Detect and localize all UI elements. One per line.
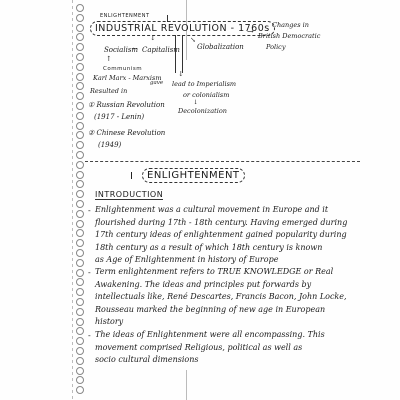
enlightenment-small-label: ENLIGHTENMENT [100, 13, 150, 19]
spiral-hole [76, 33, 84, 41]
spiral-hole [76, 112, 84, 120]
spiral-hole [76, 376, 84, 384]
spiral-hole [76, 200, 84, 208]
marx-gave: gave [150, 80, 163, 86]
spiral-hole [76, 239, 84, 247]
spiral-hole [76, 161, 84, 169]
paragraph-2: Term enlightenment refers to TRUE KNOWLE… [95, 266, 395, 329]
section-numeral: I [130, 171, 133, 182]
paragraph-3: The ideas of Enlightenment were all enco… [95, 329, 395, 367]
perforated-margin [72, 0, 73, 400]
section-title: ENLIGHTENMENT [142, 168, 245, 183]
spiral-hole [76, 327, 84, 335]
paragraph-1: Enlightenment was a cultural movement in… [95, 204, 395, 267]
spiral-hole [76, 337, 84, 345]
spiral-holes [76, 2, 84, 398]
lead-to-label: lead to Imperialism [172, 80, 236, 88]
spiral-hole [76, 288, 84, 296]
decolonization-label: Decolonization [178, 107, 227, 115]
capitalism-label: Capitalism [142, 46, 180, 54]
section-divider [85, 157, 360, 162]
spiral-hole [76, 63, 84, 71]
spiral-hole [76, 318, 84, 326]
spiral-hole [76, 220, 84, 228]
spiral-hole [76, 308, 84, 316]
spiral-hole [76, 171, 84, 179]
spiral-hole [76, 122, 84, 130]
spiral-hole [76, 386, 84, 394]
arrow-right-icon: → [247, 27, 254, 36]
arrow-icon: ↘ [190, 36, 196, 44]
spiral-hole [76, 92, 84, 100]
spiral-hole [76, 24, 84, 32]
spiral-hole [76, 102, 84, 110]
spiral-hole [76, 347, 84, 355]
spiral-hole [76, 190, 84, 198]
spiral-hole [76, 14, 84, 22]
communism-label: Communism [103, 66, 142, 72]
russian-revolution: ① Russian Revolution (1917 - Lenin) [88, 99, 165, 123]
colonialism-label: or colonialism [183, 91, 229, 99]
fold-line-bottom [186, 370, 187, 400]
branch-line [182, 35, 183, 73]
arrow-up-icon: ↑ [106, 55, 112, 63]
spiral-hole [76, 82, 84, 90]
spiral-hole [76, 53, 84, 61]
arrow-down-icon: ↓ [178, 70, 184, 78]
chinese-revolution: ② Chinese Revolution (1949) [88, 127, 165, 151]
spiral-hole [76, 131, 84, 139]
spiral-hole [76, 180, 84, 188]
spiral-hole [76, 249, 84, 257]
spiral-hole [76, 278, 84, 286]
notebook-page: ENLIGHTENMENT INDUSTRIAL REVOLUTION - 17… [0, 0, 400, 400]
bullet: - [88, 268, 91, 277]
spiral-hole [76, 4, 84, 12]
subheading-introduction: INTRODUCTION [95, 190, 163, 200]
resulted-in-label: Resulted in [90, 87, 127, 95]
spiral-hole [76, 367, 84, 375]
bullet: - [88, 206, 91, 215]
branch-line [175, 35, 176, 73]
spiral-hole [76, 259, 84, 267]
spiral-hole [76, 151, 84, 159]
globalization-label: Globalization [197, 43, 244, 51]
bullet: - [88, 331, 91, 340]
branch-right: Changes in British Democratic Policy [258, 20, 320, 53]
spiral-hole [76, 269, 84, 277]
spiral-hole [76, 43, 84, 51]
spiral-hole [76, 210, 84, 218]
arrow-down-icon: ↓ [193, 99, 198, 106]
arrow-down-icon: ↓ [150, 34, 156, 42]
spiral-hole [76, 141, 84, 149]
arrow-left-icon: ← [132, 45, 138, 53]
spiral-hole [76, 357, 84, 365]
spiral-hole [76, 229, 84, 237]
spiral-hole [76, 298, 84, 306]
spiral-hole [76, 73, 84, 81]
